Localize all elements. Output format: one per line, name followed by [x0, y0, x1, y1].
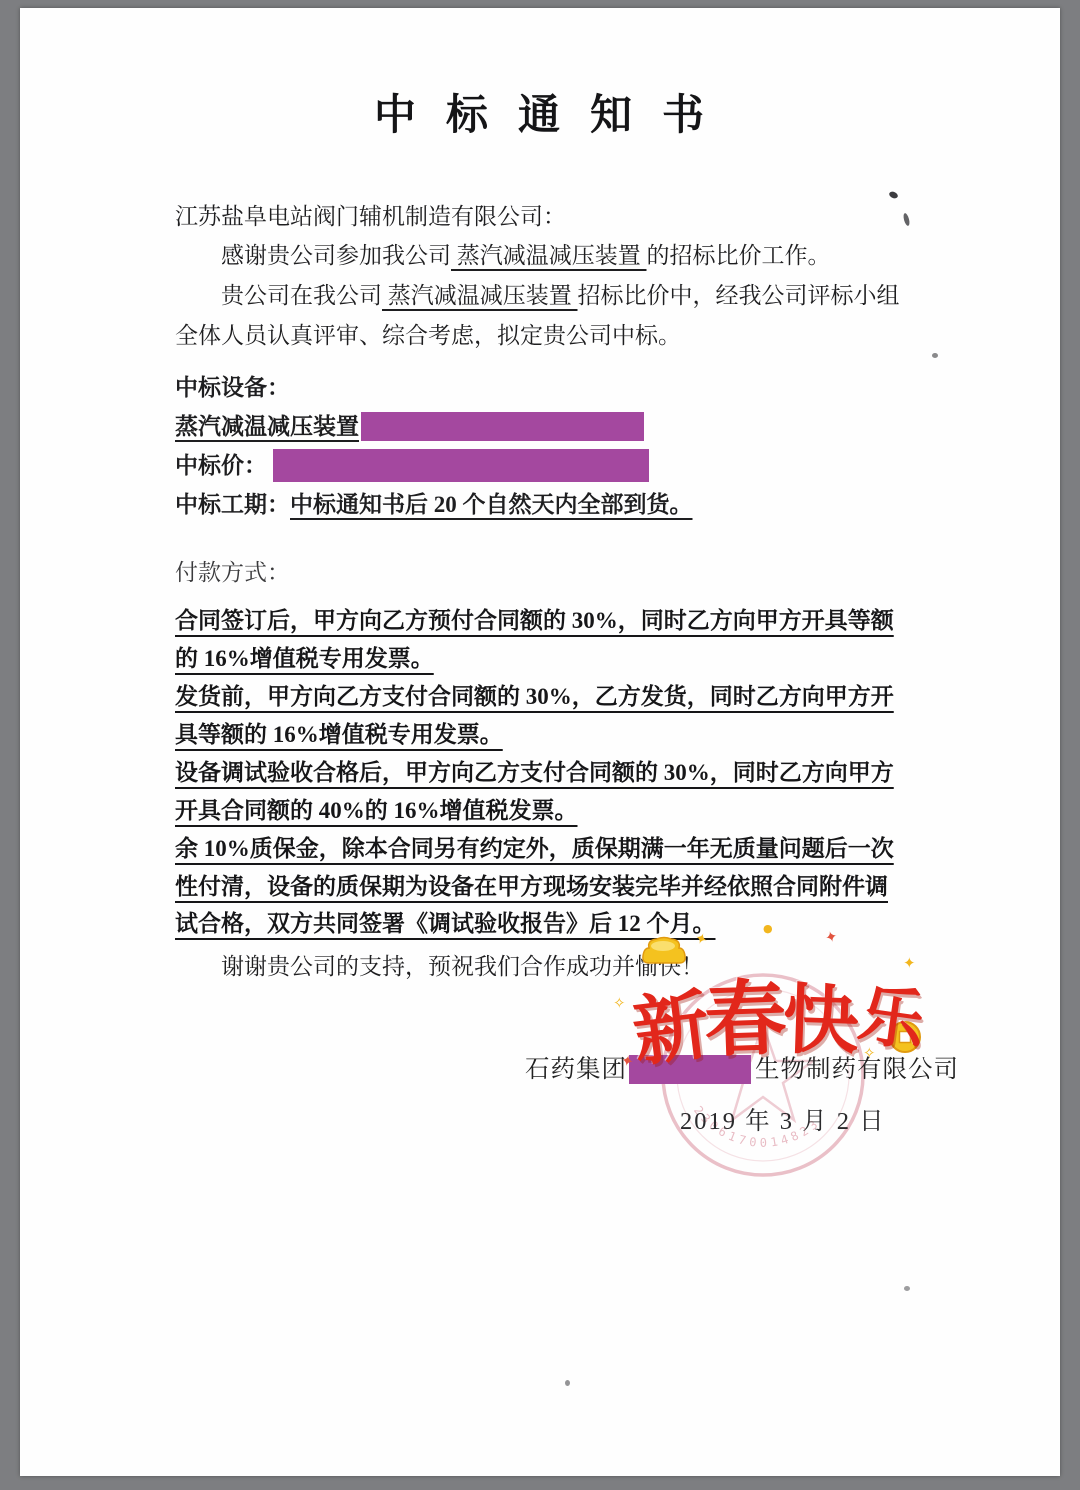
ink-speck — [565, 1380, 570, 1386]
award-price-label: 中标价： — [175, 453, 267, 478]
intro-paragraph-1: 感谢贵公司参加我公司 蒸汽减温减压装置 的招标比价工作。 — [175, 236, 903, 276]
sparkle-icon: ✦ — [903, 954, 916, 972]
award-section: 中标设备： 蒸汽减温减压装置 中标价： 中标工期：中标通知书后 20 个自然天内… — [175, 368, 903, 524]
gold-coin-icon — [888, 1020, 922, 1054]
award-period-label: 中标工期： — [175, 492, 290, 517]
document-page: 2306170014823 中标通知书 江苏盐阜电站阀门辅机制造有限公司： 感谢… — [20, 8, 1060, 1476]
sparkle-icon: ✧ — [613, 994, 626, 1012]
ink-speck — [932, 353, 938, 358]
ink-speck — [182, 428, 185, 431]
ink-speck — [902, 213, 910, 227]
para2-pre: 贵公司在我公司 — [221, 283, 382, 308]
signature-company-suffix: 生物制药有限公司 — [755, 1056, 959, 1083]
redaction-bar-company — [629, 1055, 751, 1084]
award-equipment-value: 蒸汽减温减压装置 — [175, 414, 359, 439]
award-equipment-line: 蒸汽减温减压装置 — [175, 407, 903, 446]
intro-paragraph-2: 贵公司在我公司 蒸汽减温减压装置 招标比价中，经我公司评标小组全体人员认真评审、… — [175, 276, 903, 356]
ink-speck — [904, 1286, 910, 1291]
para1-post: 的招标比价工作。 — [647, 243, 831, 268]
redaction-bar-equipment — [361, 412, 644, 441]
payment-terms: 合同签订后，甲方向乙方预付合同额的 30%，同时乙方向甲方开具等额的 16%增值… — [175, 602, 903, 943]
signature-company-line: 石药集团生物制药有限公司 — [525, 1050, 959, 1085]
payment-term-2: 发货前，甲方向乙方支付合同额的 30%，乙方发货，同时乙方向甲方开具等额的 16… — [175, 678, 903, 753]
para2-device-name: 蒸汽减温减压装置 — [382, 283, 578, 308]
closing-line: 谢谢贵公司的支持，预祝我们合作成功并愉快！ — [175, 947, 903, 987]
addressee-line: 江苏盐阜电站阀门辅机制造有限公司： — [175, 198, 903, 236]
payment-heading: 付款方式： — [175, 554, 903, 592]
award-period-value: 中标通知书后 20 个自然天内全部到货。 — [290, 492, 693, 517]
para1-device-name: 蒸汽减温减压装置 — [451, 243, 647, 268]
award-price-line: 中标价： — [175, 446, 903, 485]
document-body: 中标通知书 江苏盐阜电站阀门辅机制造有限公司： 感谢贵公司参加我公司 蒸汽减温减… — [175, 8, 903, 987]
award-equipment-label: 中标设备： — [175, 368, 903, 407]
para1-pre: 感谢贵公司参加我公司 — [221, 243, 451, 268]
signature-company-prefix: 石药集团 — [525, 1056, 627, 1083]
payment-term-3: 设备调试验收合格后，甲方向乙方支付合同额的 30%，同时乙方向甲方开具合同额的 … — [175, 754, 903, 829]
award-period-line: 中标工期：中标通知书后 20 个自然天内全部到货。 — [175, 485, 903, 524]
payment-term-1: 合同签订后，甲方向乙方预付合同额的 30%，同时乙方向甲方开具等额的 16%增值… — [175, 602, 903, 677]
signature-date: 2019 年 3 月 2 日 — [680, 1102, 886, 1137]
document-title: 中标通知书 — [175, 82, 903, 142]
payment-term-4: 余 10%质保金，除本合同另有约定外，质保期满一年无质量问题后一次性付清，设备的… — [175, 830, 903, 943]
redaction-bar-price — [273, 449, 649, 482]
